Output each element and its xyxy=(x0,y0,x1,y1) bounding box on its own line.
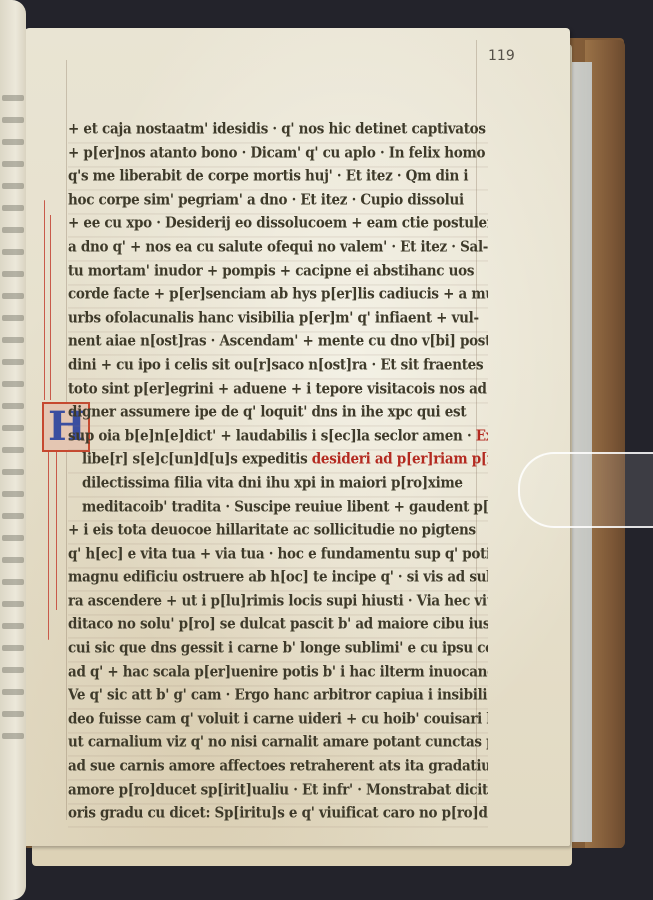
previous-page-text-fragment xyxy=(2,469,24,475)
text-line: dini + cu ipo i celis sit ou[r]saco n[os… xyxy=(68,353,488,379)
text-line: cui sic que dns gessit i carne b' longe … xyxy=(68,636,488,662)
previous-page-curl xyxy=(0,0,26,900)
previous-page-text-fragment xyxy=(2,249,24,255)
text-line: corde facte + p[er]senciam ab hys p[er]l… xyxy=(68,282,488,308)
previous-page-text-fragment xyxy=(2,425,24,431)
previous-page-text-fragment xyxy=(2,601,24,607)
previous-page-text-fragment xyxy=(2,623,24,629)
previous-page-text-fragment xyxy=(2,359,24,365)
previous-page-text-fragment xyxy=(2,271,24,277)
text-line: + i eis tota deuocoe hillaritate ac soll… xyxy=(68,518,488,544)
text-line: oris gradu cu dicet: Sp[iritu]s e q' viu… xyxy=(68,801,488,827)
previous-page-text-fragment xyxy=(2,689,24,695)
previous-page-text-fragment xyxy=(2,535,24,541)
text-line: + et caja nostaatm' idesidis · q' nos hi… xyxy=(68,117,488,143)
text-line: libe[r] s[e]c[un]d[u]s expeditis desider… xyxy=(68,447,488,473)
text-line: q's me liberabit de corpe mortis huj' · … xyxy=(68,164,488,190)
text-line: ditaco no solu' p[ro] se dulcat pascit b… xyxy=(68,612,488,638)
text-column: + et caja nostaatm' idesidis · q' nos hi… xyxy=(68,118,488,826)
previous-page-text-fragment xyxy=(2,447,24,453)
previous-page-text-fragment xyxy=(2,645,24,651)
pen-flourish-lower-2 xyxy=(56,450,57,610)
rubric-text: desideri ad p[er]riam p[ro] mortis aspir… xyxy=(312,450,488,468)
text-line: magnu edificiu ostruere ab h[oc] te inci… xyxy=(68,565,488,591)
previous-page-text-fragment xyxy=(2,139,24,145)
previous-page-text-fragment xyxy=(2,117,24,123)
previous-page-text-fragment xyxy=(2,403,24,409)
previous-page-text-fragment xyxy=(2,491,24,497)
text-line: dilectissima filia vita dni ihu xpi in m… xyxy=(68,470,488,496)
folio-number: 119 xyxy=(488,48,515,64)
previous-page-text-fragment xyxy=(2,95,24,101)
text-line: + ee cu xpo · Desiderij eo dissolucoem +… xyxy=(68,211,488,237)
previous-page-text-fragment xyxy=(2,557,24,563)
text-line: ad sue carnis amore affectoes retraheren… xyxy=(68,754,488,780)
previous-page-text-fragment xyxy=(2,711,24,717)
previous-page-text-fragment xyxy=(2,293,24,299)
previous-page-text-fragment xyxy=(2,381,24,387)
previous-page-text-fragment xyxy=(2,513,24,519)
page-marker-tab xyxy=(518,452,653,528)
previous-page-text-fragment xyxy=(2,667,24,673)
previous-page-text-fragment xyxy=(2,183,24,189)
previous-page-text-fragment xyxy=(2,337,24,343)
text-line: nent aiae n[ost]ras · Ascendam' + mente … xyxy=(68,329,488,355)
pen-flourish-upper-2 xyxy=(50,215,51,400)
text-line: digner assumere ipe de q' loquit' dns in… xyxy=(68,400,488,426)
rubric-text: Explicit xyxy=(476,427,488,445)
previous-page-text-fragment xyxy=(2,227,24,233)
previous-page-text-fragment xyxy=(2,205,24,211)
previous-page-text-fragment xyxy=(2,315,24,321)
text-line: Ve q' sic att b' g' cam · Ergo hanc arbi… xyxy=(68,683,488,709)
previous-page-text-fragment xyxy=(2,161,24,167)
text-line: ut carnalium viz q' no nisi carnalit ama… xyxy=(68,730,488,756)
previous-page-text-fragment xyxy=(2,733,24,739)
previous-page-text-fragment xyxy=(2,579,24,585)
text-line: a dno q' + nos ea cu salute ofequi no va… xyxy=(68,235,488,261)
pen-flourish-lower xyxy=(48,450,49,640)
text-line: toto sint p[er]egrini + aduene + i tepor… xyxy=(68,376,488,402)
text-line: meditacoib' tradita · Suscipe reuiue lib… xyxy=(68,494,488,520)
pen-flourish-upper xyxy=(44,200,45,400)
